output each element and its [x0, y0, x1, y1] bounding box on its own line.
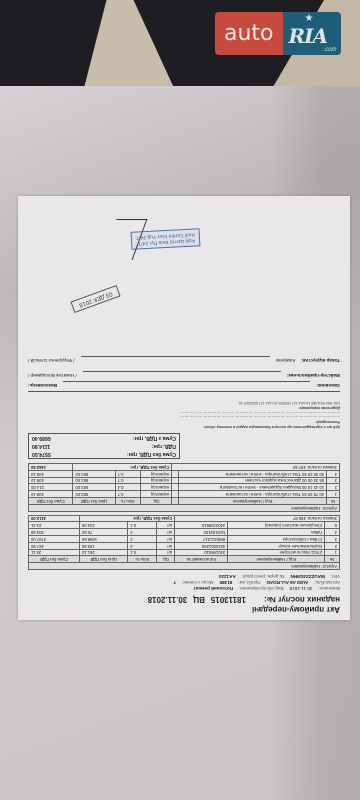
- parts-table: Агрегат: Найменування № Код / Найменуван…: [28, 515, 340, 570]
- terms-text: Цей акт є підтвердженням що послуги Вико…: [28, 400, 340, 429]
- table-row: 127611 Масло моторне340199010шт0.1251.10…: [29, 549, 340, 556]
- document-number: 18113015: [211, 594, 246, 604]
- table-row: 306 34 00 00 Діагностика ходової частини…: [29, 477, 340, 484]
- logo-ria: ★ RIA .com: [283, 12, 341, 55]
- document-date: 30.11.2018: [148, 594, 188, 604]
- table-row: 3Стійка стабілізатора8W0411317шт21898.50…: [29, 536, 340, 543]
- autoria-watermark-logo: auto ★ RIA .com: [215, 12, 341, 55]
- table-row: 140 78 20 50 Тяга стабілізатора - зняти …: [29, 491, 340, 498]
- table-row: 2Ущільнювальне кільце4010001290шт2183.90…: [29, 542, 340, 549]
- logo-auto: auto: [215, 12, 283, 55]
- table-row: 5Спеціальне мастило (смазка)3402199910шт…: [29, 522, 340, 529]
- document-from: ВЦ: [193, 594, 205, 604]
- vehicle-info: Виконано: 30.11.2018 Вид обслуговування:…: [28, 573, 340, 591]
- date-stamp: 03 ДЕК 2018: [71, 285, 121, 313]
- table-row: 4ГайкаN10183102шт475.92303.68: [29, 529, 340, 536]
- table-row: 210 42 19 00 Вкладиш підшипника - зняти …: [29, 484, 340, 491]
- document-title: Акт прийому-передачі наданих послуг №:: [252, 594, 340, 614]
- totals-box: Сума без ПДВ, грн:5574.50 ПДВ, грн:1114.…: [28, 433, 180, 459]
- star-icon: ★: [305, 13, 314, 24]
- signatures: Замовник: Виконавець: Майстер-приймальни…: [28, 356, 340, 392]
- parts-subtotal: Знижка склала: 496.87 Сума без ПДВ, грн:…: [29, 515, 340, 522]
- works-table: Агрегат: Найменування № Код / Найменуван…: [28, 463, 340, 512]
- works-subtotal: Знижка склала: 487.50 Сума без ПДВ, грн:…: [29, 464, 340, 471]
- service-act-document: Акт прийому-передачі наданих послуг №: 1…: [18, 196, 350, 620]
- table-row: 440 30 20 50 Тяга стабілізатора - зняти …: [29, 470, 340, 477]
